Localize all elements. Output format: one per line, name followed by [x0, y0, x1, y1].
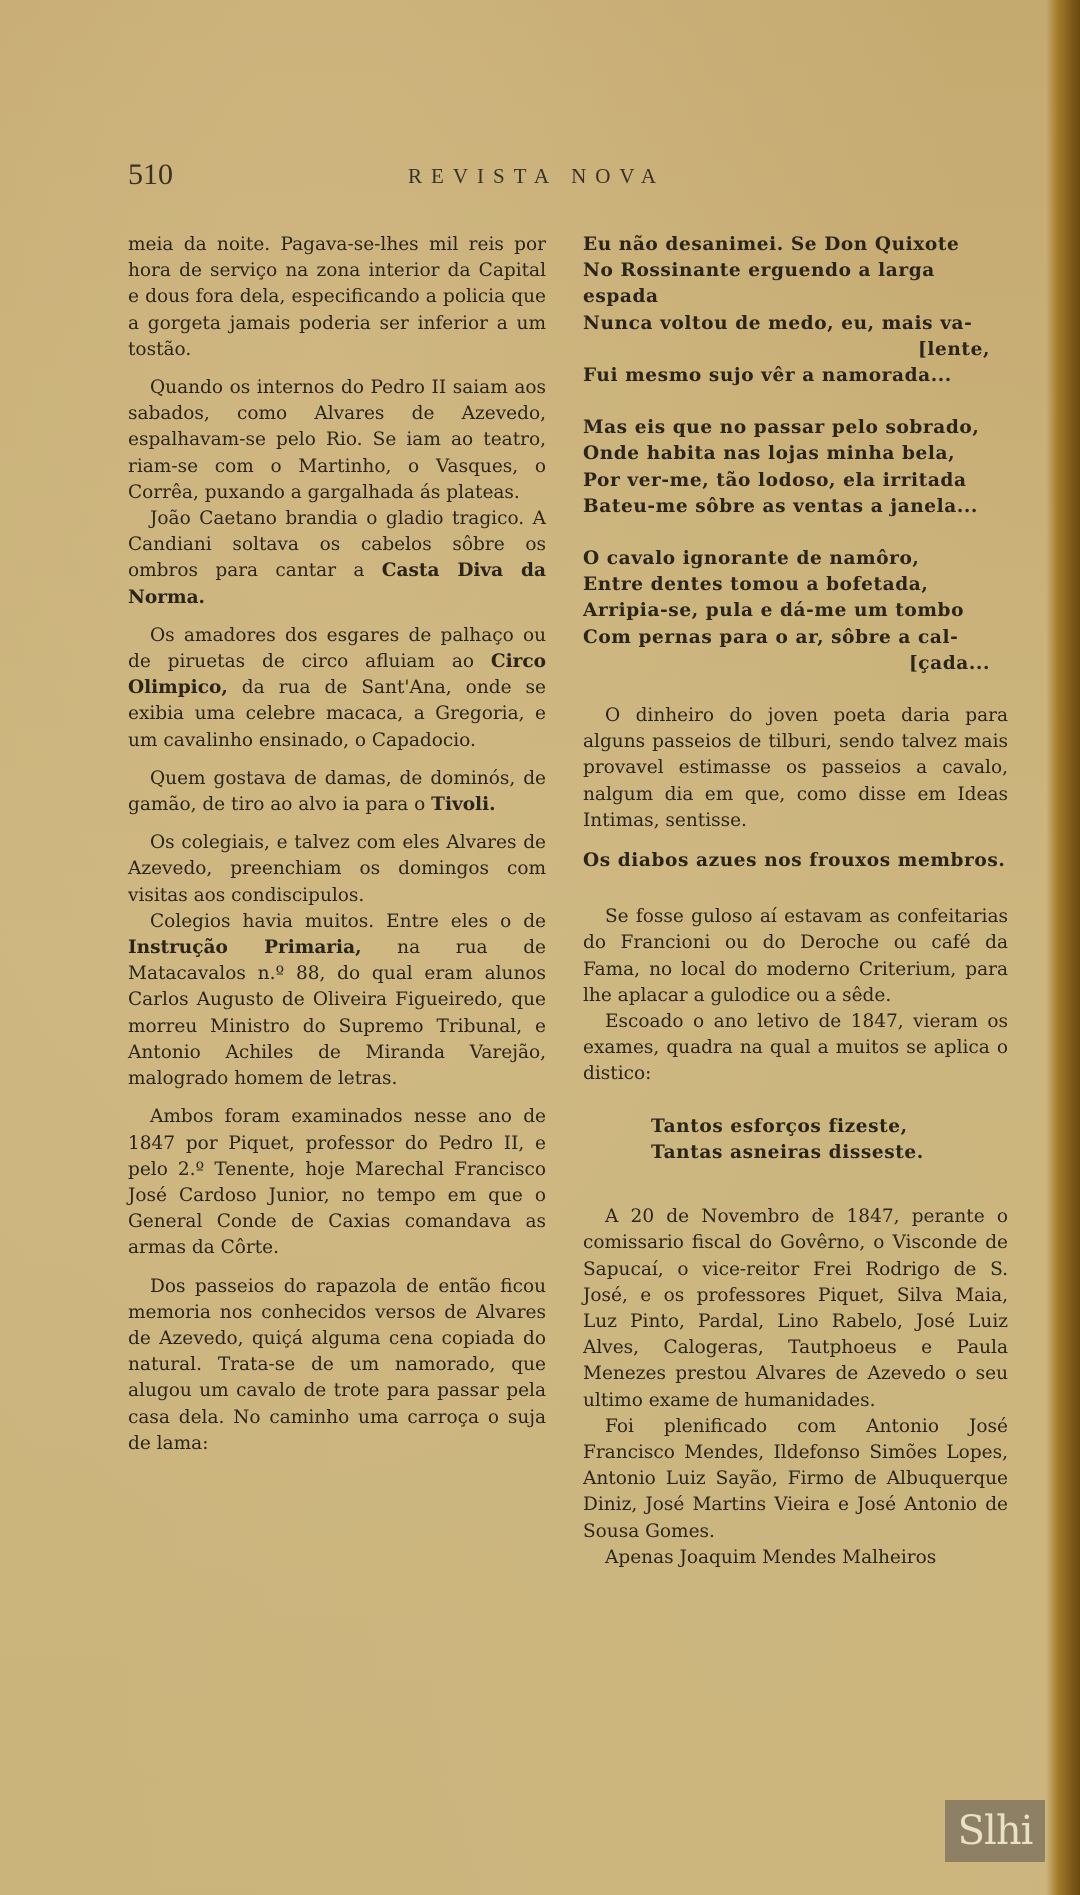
paragraph: Quem gostava de damas, de dominós, de ga… — [128, 766, 546, 818]
verse-line: Tantas asneiras disseste. — [651, 1140, 1008, 1166]
paragraph: A 20 de Novembro de 1847, perante o comi… — [583, 1204, 1008, 1414]
text-run: Os amadores dos esgares de palhaço ou de… — [128, 625, 546, 672]
right-column: Eu não desanimei. Se Don Quixote No Ross… — [583, 232, 1008, 1571]
page-number: 510 — [128, 158, 173, 192]
paragraph: Foi plenificado com Antonio José Francis… — [583, 1414, 1008, 1545]
paragraph: Escoado o ano letivo de 1847, vieram os … — [583, 1009, 1008, 1088]
verse-stanza: Eu não desanimei. Se Don Quixote No Ross… — [583, 232, 1008, 389]
bold-text: Tivoli. — [431, 794, 495, 815]
paragraph: Quando os internos do Pedro II saiam aos… — [128, 375, 546, 506]
bold-text: Instrução Primaria, — [128, 937, 362, 958]
verse-line: Com pernas para o ar, sôbre a cal- — [583, 625, 1008, 651]
verse-stanza: Mas eis que no passar pelo sobrado, Onde… — [583, 415, 1008, 520]
watermark-logo: Slhi — [945, 1800, 1045, 1862]
verse-line: Arripia-se, pula e dá-me um tombo — [583, 598, 1008, 624]
text-run: na rua de Matacavalos n.º 88, do qual er… — [128, 937, 546, 1089]
epigraph-line: Os diabos azues nos frouxos membros. — [583, 848, 1008, 874]
running-title: REVISTA NOVA — [408, 164, 665, 189]
paragraph: Colegios havia muitos. Entre eles o de I… — [128, 909, 546, 1092]
verse-line: Por ver-me, tão lodoso, ela irritada — [583, 468, 1008, 494]
verse-line: Eu não desanimei. Se Don Quixote — [583, 232, 1008, 258]
verse-line-continuation: [çada... — [583, 651, 1008, 677]
paragraph: meia da noite. Pagava-se-lhes mil reis p… — [128, 232, 546, 363]
page-header: 510 REVISTA NOVA — [128, 158, 1008, 198]
paragraph: João Caetano brandia o gladio tragico. A… — [128, 506, 546, 611]
verse-stanza: O cavalo ignorante de namôro, Entre dent… — [583, 546, 1008, 677]
verse-line: Nunca voltou de medo, eu, mais va- — [583, 311, 1008, 337]
distich: Tantos esforços fizeste, Tantas asneiras… — [651, 1114, 1008, 1166]
verse-line: Mas eis que no passar pelo sobrado, — [583, 415, 1008, 441]
verse-line-continuation: [lente, — [583, 337, 1008, 363]
text-run: Colegios havia muitos. Entre eles o de — [150, 911, 546, 932]
verse-line: O cavalo ignorante de namôro, — [583, 546, 1008, 572]
paragraph: Dos passeios do rapazola de então ficou … — [128, 1274, 546, 1457]
paragraph: Se fosse guloso aí estavam as confeitari… — [583, 904, 1008, 1009]
paragraph: Apenas Joaquim Mendes Malheiros — [583, 1545, 1008, 1571]
verse-line: Onde habita nas lojas minha bela, — [583, 441, 1008, 467]
verse-line: Tantos esforços fizeste, — [651, 1114, 1008, 1140]
page-edge-shadow — [1046, 0, 1080, 1895]
verse-line: Fui mesmo sujo vêr a namorada... — [583, 363, 1008, 389]
verse-line: Entre dentes tomou a bofetada, — [583, 572, 1008, 598]
left-column: meia da noite. Pagava-se-lhes mil reis p… — [128, 232, 546, 1469]
paragraph: Os colegiais, e talvez com eles Alvares … — [128, 830, 546, 909]
verse-line: Bateu-me sôbre as ventas a janela... — [583, 494, 1008, 520]
verse-line: No Rossinante erguendo a larga espada — [583, 258, 1008, 310]
paragraph: Os amadores dos esgares de palhaço ou de… — [128, 623, 546, 754]
paragraph: Ambos foram examinados nesse ano de 1847… — [128, 1104, 546, 1261]
paragraph: O dinheiro do joven poeta daria para alg… — [583, 703, 1008, 834]
